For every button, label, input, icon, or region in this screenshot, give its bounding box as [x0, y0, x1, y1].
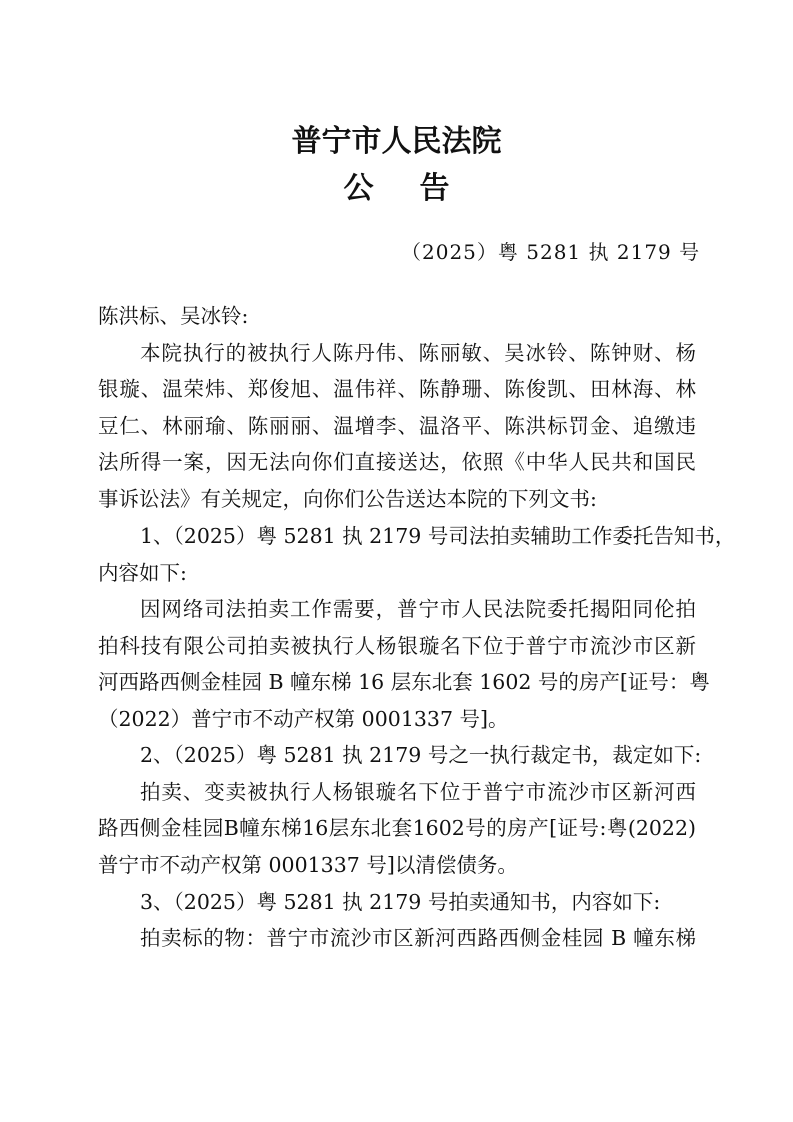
- paragraph-line: （2022）普宁市不动产权第 0001337 号]。: [98, 706, 696, 732]
- notice-title-char-1: 公: [344, 163, 374, 207]
- addressee: 陈洪标、吴冰铃:: [98, 303, 696, 329]
- paragraph-line: 河西路西侧金桂园 B 幢东梯 16 层东北套 1602 号的房产[证号：粤: [98, 669, 696, 695]
- paragraph-line: 普宁市不动产权第 0001337 号]以清偿债务。: [98, 852, 696, 878]
- paragraph-line: 事诉讼法》有关规定，向你们公告送达本院的下列文书:: [98, 486, 696, 512]
- paragraph-line: 法所得一案，因无法向你们直接送达，依照《中华人民共和国民: [98, 449, 696, 475]
- item-1-heading-cont: 内容如下:: [98, 560, 696, 586]
- paragraph-line: 本院执行的被执行人陈丹伟、陈丽敏、吴冰铃、陈钟财、杨: [140, 340, 696, 366]
- paragraph-line: 豆仁、林丽瑜、陈丽丽、温增李、温洛平、陈洪标罚金、追缴违: [98, 413, 696, 439]
- case-number: （2025）粤 5281 执 2179 号: [401, 236, 700, 265]
- notice-title-char-2: 告: [420, 163, 450, 207]
- court-name: 普宁市人民法院: [0, 116, 793, 160]
- notice-title: 公告: [0, 163, 793, 207]
- item-2-heading: 2、（2025）粤 5281 执 2179 号之一执行裁定书，裁定如下:: [140, 742, 696, 768]
- paragraph-line: 拍卖标的物：普宁市流沙市区新河西路西侧金桂园 B 幢东梯: [140, 925, 696, 951]
- item-1-heading: 1、（2025）粤 5281 执 2179 号司法拍卖辅助工作委托告知书，: [140, 523, 696, 549]
- paragraph-line: 拍卖、变卖被执行人杨银璇名下位于普宁市流沙市区新河西: [140, 779, 696, 805]
- paragraph-line: 因网络司法拍卖工作需要，普宁市人民法院委托揭阳同伦拍: [140, 596, 696, 622]
- paragraph-line: 路西侧金桂园B幢东梯16层东北套1602号的房产[证号:粤(2022): [98, 815, 696, 841]
- paragraph-line: 拍科技有限公司拍卖被执行人杨银璇名下位于普宁市流沙市区新: [98, 633, 696, 659]
- item-3-heading: 3、（2025）粤 5281 执 2179 号拍卖通知书，内容如下:: [140, 889, 696, 915]
- paragraph-line: 银璇、温荣炜、郑俊旭、温伟祥、陈静珊、陈俊凯、田林海、林: [98, 376, 696, 402]
